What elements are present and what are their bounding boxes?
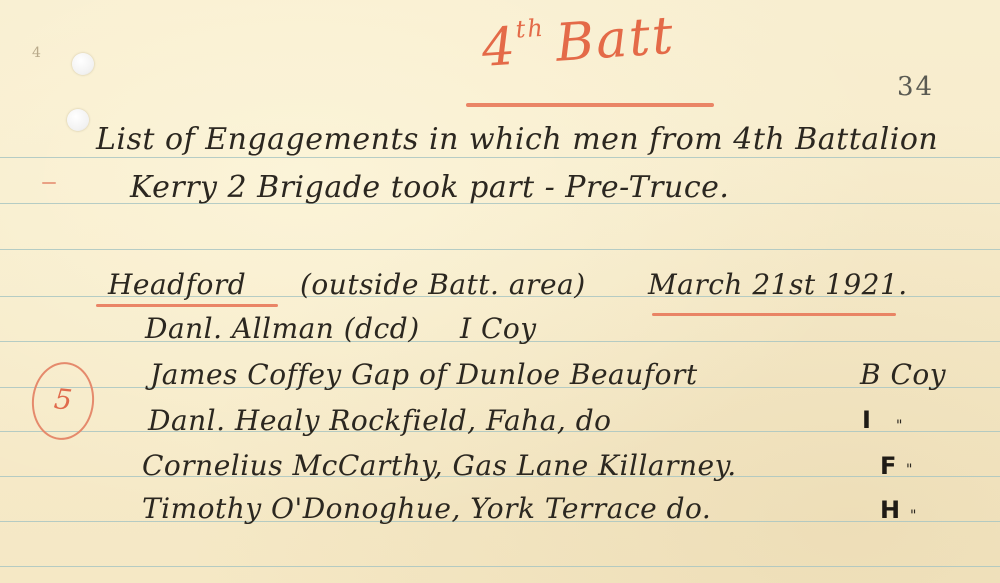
participant-entry: Cornelius McCarthy, Gas Lane Killarney. — [142, 449, 737, 482]
participant-entry: Timothy O'Donoghue, York Terrace do. — [142, 492, 711, 525]
battalion-word: Batt — [554, 6, 677, 74]
participant-entry: Danl. Allman (dcd) — [145, 312, 420, 345]
title-line-2: Kerry 2 Brigade took part - Pre-Truce. — [130, 170, 729, 205]
ditto-mark: " — [896, 418, 902, 434]
ditto-mark: " — [906, 462, 912, 478]
participant-company: I Coy — [460, 312, 537, 345]
engagement-place: Headford — [108, 268, 246, 301]
ruled-line — [0, 249, 1000, 250]
ditto-mark: " — [910, 508, 916, 524]
battalion-number: 4 — [480, 17, 519, 79]
participant-entry: James Coffey Gap of Dunloe Beaufort — [150, 358, 698, 391]
participant-entry: Danl. Healy Rockfield, Faha, do — [148, 404, 611, 437]
archival-index-card: 4 4thBatt 34 List of Engagements in whic… — [0, 0, 1000, 583]
participant-company: F — [880, 452, 896, 480]
header-underline — [466, 103, 714, 107]
participant-company: B Coy — [860, 358, 946, 391]
ruled-line — [0, 566, 1000, 567]
engagement-date: March 21st 1921. — [648, 268, 908, 301]
date-underline — [652, 313, 896, 316]
red-margin-tick — [42, 182, 56, 184]
ruled-line — [0, 157, 1000, 158]
page-number: 34 — [897, 72, 934, 102]
title-line-1: List of Engagements in which men from 4t… — [96, 122, 938, 157]
punch-hole-top — [72, 53, 94, 75]
battalion-ordinal: th — [515, 14, 546, 44]
participant-company: H — [880, 496, 900, 524]
participant-company: I — [862, 406, 871, 434]
battalion-header: 4thBatt — [480, 5, 677, 79]
margin-pencil-mark: 4 — [32, 45, 41, 61]
punch-hole-bottom — [67, 109, 89, 131]
place-underline — [96, 304, 278, 307]
engagement-note: (outside Batt. area) — [300, 268, 586, 301]
